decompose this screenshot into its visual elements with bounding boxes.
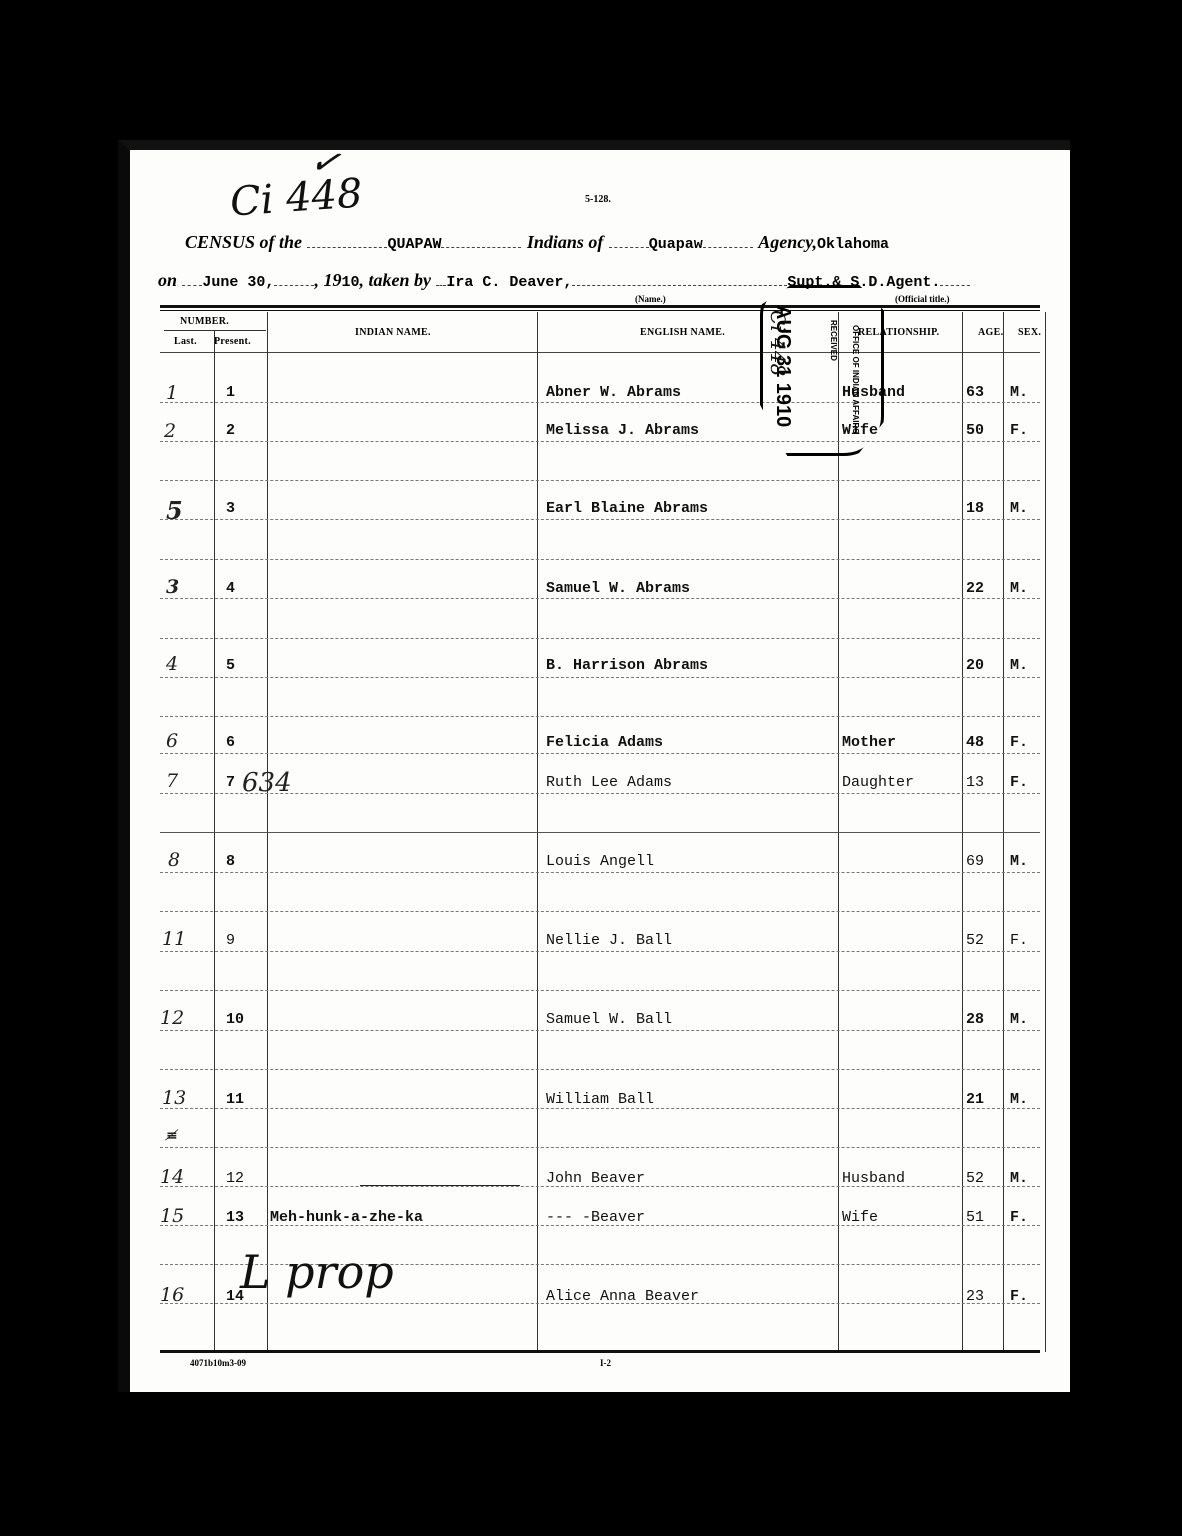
present-number: 2 (226, 422, 235, 439)
column-header-sex: SEX. (1018, 327, 1041, 338)
handwritten-signature-mark: L prop (240, 1245, 394, 1299)
sex: M. (1010, 853, 1028, 870)
present-number: 13 (226, 1209, 244, 1226)
last-number: 11 (162, 928, 186, 950)
english-name: Ruth Lee Adams (546, 774, 672, 791)
english-name: Earl Blaine Abrams (546, 500, 708, 517)
sex: F. (1010, 1209, 1028, 1226)
last-number: 15 (160, 1205, 184, 1227)
age: 51 (966, 1209, 984, 1226)
last-number: 14 (160, 1166, 184, 1188)
present-number: 5 (226, 657, 235, 674)
sex: M. (1010, 500, 1028, 517)
present-number: 12 (226, 1170, 244, 1187)
last-number: 12 (160, 1007, 184, 1029)
english-name: Nellie J. Ball (546, 932, 672, 949)
age: 20 (966, 657, 984, 674)
agency-label: Agency, (758, 232, 817, 252)
handwritten-file-annotation: Ci 448 (229, 170, 364, 225)
present-number: 1 (226, 384, 235, 401)
sex: F. (1010, 774, 1028, 791)
taken-by-label: , taken by (359, 270, 431, 290)
census-date: June 30, (202, 274, 274, 291)
age: 52 (966, 932, 984, 949)
tribe-name: QUAPAW (387, 236, 441, 253)
sex: M. (1010, 1170, 1028, 1187)
age: 23 (966, 1288, 984, 1305)
age: 50 (966, 422, 984, 439)
sex: M. (1010, 384, 1028, 401)
relationship: Mother (842, 734, 896, 751)
stamp-handwritten-ref: Ci 448 (766, 310, 790, 376)
year-suffix: 10 (341, 274, 359, 291)
column-header-number: NUMBER. (180, 316, 229, 327)
english-name: Louis Angell (546, 853, 654, 870)
last-number: 6 (166, 730, 178, 752)
sex: F. (1010, 734, 1028, 751)
column-header-english-name: ENGLISH NAME. (640, 327, 725, 338)
age: 21 (966, 1091, 984, 1108)
english-name: Samuel W. Abrams (546, 580, 690, 597)
sex: M. (1010, 1091, 1028, 1108)
column-divider (1045, 312, 1046, 1352)
last-number: 2 (164, 420, 176, 442)
present-number: 4 (226, 580, 235, 597)
present-number: 8 (226, 853, 235, 870)
column-header-age: AGE. (978, 327, 1003, 338)
age: 13 (966, 774, 984, 791)
page-code: I-2 (600, 1358, 611, 1368)
sex: M. (1010, 657, 1028, 674)
column-header-rule (160, 352, 1040, 353)
age: 28 (966, 1011, 984, 1028)
sex: F. (1010, 1288, 1028, 1305)
name-caption: (Name.) (635, 294, 666, 304)
present-number: 11 (226, 1091, 244, 1108)
census-of-the-label: CENSUS of the (185, 232, 302, 252)
indian-name: Meh-hunk-a-zhe-ka (270, 1209, 423, 1226)
age: 63 (966, 384, 984, 401)
english-name: William Ball (546, 1091, 654, 1108)
last-number: 13 (162, 1087, 186, 1109)
column-divider (214, 330, 215, 1352)
english-name: Abner W. Abrams (546, 384, 681, 401)
age: 69 (966, 853, 984, 870)
agency-name: Quapaw (649, 236, 703, 253)
sex: M. (1010, 1011, 1028, 1028)
age: 48 (966, 734, 984, 751)
indians-of-label: Indians of (527, 232, 604, 252)
last-number: 16 (160, 1284, 184, 1306)
last-number: 3 (166, 576, 179, 598)
english-name: Melissa J. Abrams (546, 422, 699, 439)
relationship: Husband (842, 1170, 905, 1187)
present-number: 7 (226, 774, 235, 791)
stamp-office-text: OFFICE OF INDIAN AFFAIRS (851, 325, 860, 434)
footer-rule (160, 1350, 1040, 1353)
column-header-present: Present. (214, 336, 251, 347)
number-subheader-rule (164, 330, 266, 331)
relationship: Daughter (842, 774, 914, 791)
enumerator-name: Ira C. Deaver, (446, 274, 572, 291)
column-header-indian-name: INDIAN NAME. (355, 327, 431, 338)
last-number: 1 (166, 382, 178, 404)
last-number: 8 (168, 849, 180, 871)
on-label: on (158, 270, 177, 290)
last-number: 7 (166, 770, 178, 792)
header-rule-top (160, 305, 1040, 308)
english-name: Felicia Adams (546, 734, 663, 751)
present-number: 6 (226, 734, 235, 751)
present-number: 10 (226, 1011, 244, 1028)
census-page: 5-128. Ci 448 ✓ CENSUS of the QUAPAW Ind… (118, 140, 1070, 1392)
sex: M. (1010, 580, 1028, 597)
stray-margin-mark: ≢ (166, 1128, 178, 1144)
state-name: Oklahoma (817, 236, 889, 253)
english-name: John Beaver (546, 1170, 645, 1187)
english-name: Alice Anna Beaver (546, 1288, 699, 1305)
column-header-last: Last. (174, 336, 197, 347)
last-number: 5 (166, 496, 183, 525)
sex: F. (1010, 422, 1028, 439)
header-rule-bottom (160, 310, 1040, 311)
relationship: Wife (842, 1209, 878, 1226)
title-caption: (Official title.) (895, 294, 949, 304)
english-name: --- -Beaver (546, 1209, 645, 1226)
last-number: 4 (166, 653, 178, 675)
age: 18 (966, 500, 984, 517)
form-number: 5-128. (585, 194, 611, 205)
english-name: B. Harrison Abrams (546, 657, 708, 674)
year-prefix: , 19 (314, 270, 341, 290)
stamp-received-text: RECEIVED (829, 320, 838, 361)
sex: F. (1010, 932, 1028, 949)
indian-name-strike (360, 1185, 520, 1186)
present-number: 3 (226, 500, 235, 517)
age: 22 (966, 580, 984, 597)
census-title-line: CENSUS of the QUAPAW Indians of Quapaw A… (185, 232, 889, 253)
present-number: 9 (226, 932, 235, 949)
english-name: Samuel W. Ball (546, 1011, 672, 1028)
age: 52 (966, 1170, 984, 1187)
print-code: 4071b10m3-09 (190, 1358, 246, 1368)
handwritten-margin-note: 634 (242, 768, 292, 798)
